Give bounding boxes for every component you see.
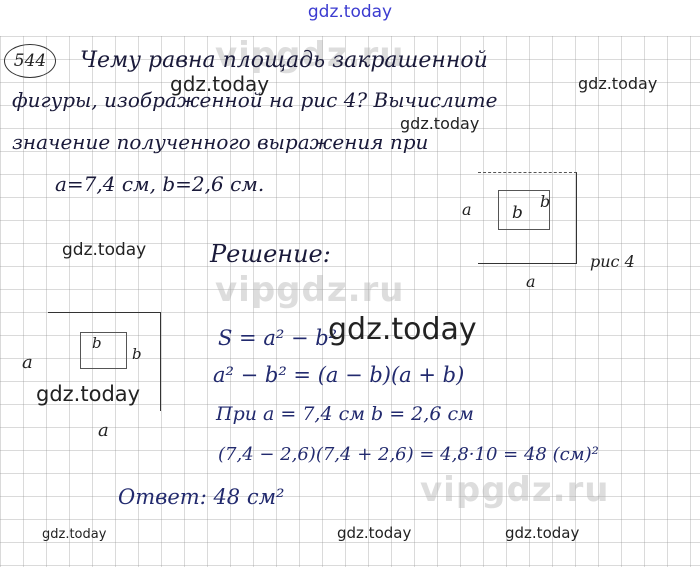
watermark: gdz.today [505,524,579,542]
watermark-top: gdz.today [0,2,700,22]
watermark: gdz.today [36,382,140,406]
label-b-side: b [132,345,142,363]
faint-watermark: vipgdz.ru [215,270,405,310]
equation-3: При a = 7,4 см b = 2,6 см [216,403,474,425]
watermark: gdz.today [578,74,657,93]
label-b: b [92,334,102,352]
label-a-side: a [22,352,33,373]
equation-2: a² − b² = (a − b)(a + b) [213,363,464,387]
label-a-side: a [462,200,472,219]
equation-1: S = a² − b² [218,326,337,350]
label-b: b [512,203,523,223]
label-a-bottom: a [98,420,109,441]
solution-heading: Решение: [210,240,331,268]
equation-4: (7,4 − 2,6)(7,4 + 2,6) = 4,8·10 = 48 (см… [218,444,599,465]
figure-caption: рис 4 [590,252,635,271]
watermark: gdz.today [62,240,146,260]
faint-watermark: vipgdz.ru [420,470,610,510]
problem-number: 544 [4,44,56,78]
watermark: gdz.today [170,72,269,96]
problem-line-3: значение полученного выражения при [12,130,428,154]
watermark: gdz.today [400,114,479,133]
watermark: gdz.today [42,527,106,542]
label-a-bottom: a [526,272,536,291]
answer: Ответ: 48 см² [118,485,284,509]
problem-line-1: Чему равна площадь закрашенной [80,48,488,73]
watermark: gdz.today [328,312,477,347]
problem-line-4: a=7,4 см, b=2,6 см. [55,172,264,196]
label-b-side: b [540,192,550,211]
watermark: gdz.today [337,524,411,542]
